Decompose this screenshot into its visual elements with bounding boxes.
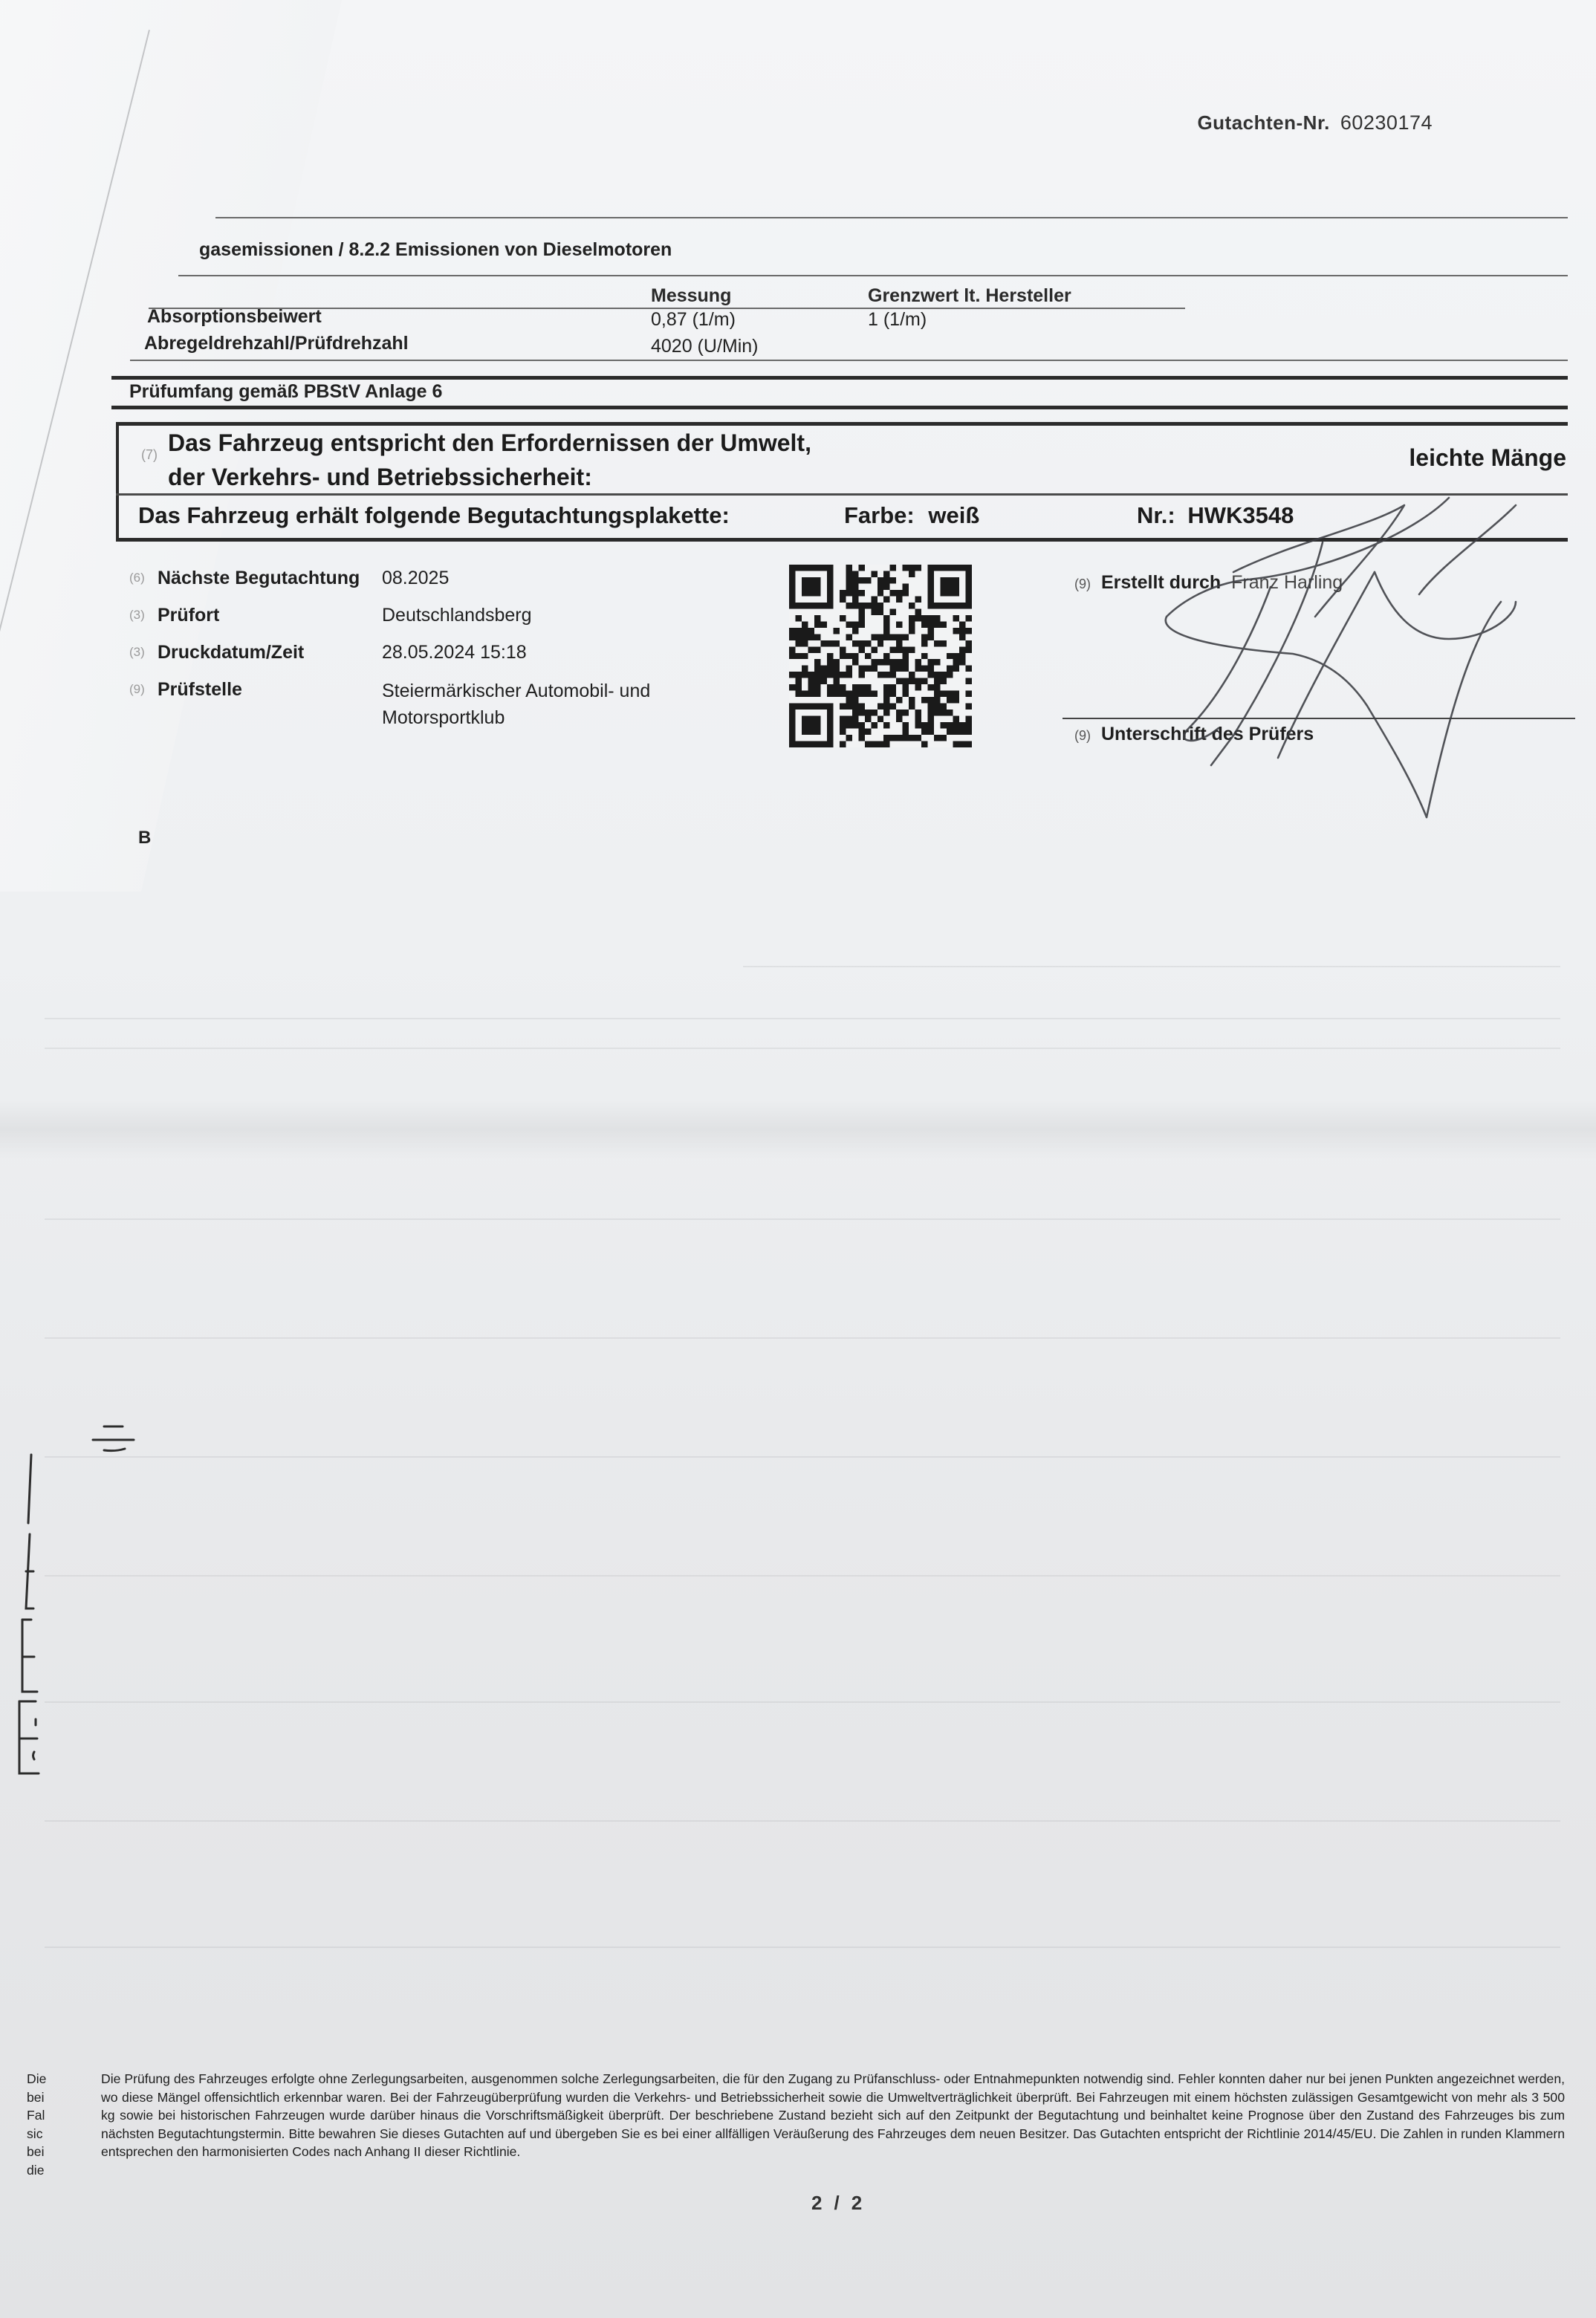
plakette-color: Farbe: weiß <box>844 502 979 529</box>
verdict-result: leichte Mänge <box>1409 444 1566 472</box>
info-label: Prüfstelle <box>158 679 242 701</box>
verdict-statement: Das Fahrzeug entspricht den Erforderniss… <box>168 426 811 494</box>
rule-scope-bottom <box>111 406 1568 409</box>
info-value: 28.05.2024 15:18 <box>382 639 527 666</box>
info-code: (3) <box>129 608 145 623</box>
qr-code-icon <box>789 565 972 747</box>
inspection-scope: Prüfumfang gemäß PBStV Anlage 6 <box>129 381 442 403</box>
info-value: Deutschlandsberg <box>382 602 532 629</box>
underlay-fragment: die <box>27 2161 46 2180</box>
row-label: Absorptionsbeiwert <box>147 306 322 328</box>
info-code: (6) <box>129 571 145 585</box>
verdict-line-2: der Verkehrs- und Betriebssicherheit: <box>168 460 811 494</box>
info-code: (3) <box>129 645 145 660</box>
page-separator: / <box>834 2192 851 2214</box>
row-limit: 1 (1/m) <box>868 309 927 331</box>
plakette-color-value: weiß <box>928 502 979 528</box>
underlay-fragment: sic <box>27 2125 46 2143</box>
created-by-code: (9) <box>1074 577 1091 591</box>
info-code: (9) <box>129 682 145 697</box>
rule-table-bottom <box>130 360 1568 361</box>
info-value: Steiermärkischer Automobil- und <box>382 678 650 704</box>
verdict-box-left-border <box>116 422 119 541</box>
verdict-code: (7) <box>141 447 158 463</box>
info-label: Nächste Begutachtung <box>158 568 360 589</box>
handwritten-signature <box>1100 490 1575 832</box>
info-label: Druckdatum/Zeit <box>158 642 304 663</box>
paper-crease <box>0 1100 1596 1159</box>
underlay-fragment: Fal <box>27 2106 46 2125</box>
underlay-fragment: bei <box>27 2143 46 2161</box>
rule-emissions-header <box>178 275 1568 276</box>
underlay-fragment: bei <box>27 2088 46 2107</box>
verdict-line-1: Das Fahrzeug entspricht den Erforderniss… <box>168 426 811 460</box>
page-indicator: 2/2 <box>811 2192 874 2215</box>
report-number-header: Gutachten-Nr.60230174 <box>1197 111 1433 134</box>
report-number-label: Gutachten-Nr. <box>1197 111 1329 134</box>
row-label: Abregeldrehzahl/Prüfdrehzahl <box>144 333 409 354</box>
underlay-page-fragments: Die bei Fal sic bei die <box>27 2070 46 2179</box>
rule-top <box>215 217 1568 218</box>
report-number-value: 60230174 <box>1340 111 1433 134</box>
signature-code: (9) <box>1074 728 1091 743</box>
page-total: 2 <box>851 2192 874 2214</box>
underlay-fragment: Die <box>27 2070 46 2088</box>
page-current: 2 <box>811 2192 834 2214</box>
legal-disclaimer: Die Prüfung des Fahrzeuges erfolgte ohne… <box>101 2070 1565 2161</box>
row-measurement: 4020 (U/Min) <box>651 336 759 357</box>
plakette-color-label: Farbe: <box>844 502 915 528</box>
emissions-section-title: gasemissionen / 8.2.2 Emissionen von Die… <box>199 239 672 261</box>
info-value-line-2: Motorsportklub <box>382 704 505 731</box>
plakette-label: Das Fahrzeug erhält folgende Begutachtun… <box>138 502 730 529</box>
info-label: Prüfort <box>158 605 219 626</box>
column-header-measurement: Messung <box>651 285 731 307</box>
rule-scope-top <box>111 376 1568 380</box>
info-value: 08.2025 <box>382 565 449 591</box>
row-measurement: 0,87 (1/m) <box>651 309 736 331</box>
column-header-limit: Grenzwert lt. Hersteller <box>868 285 1071 307</box>
stamp-letter: B <box>138 828 151 848</box>
margin-bracket-marks <box>0 1412 297 2043</box>
